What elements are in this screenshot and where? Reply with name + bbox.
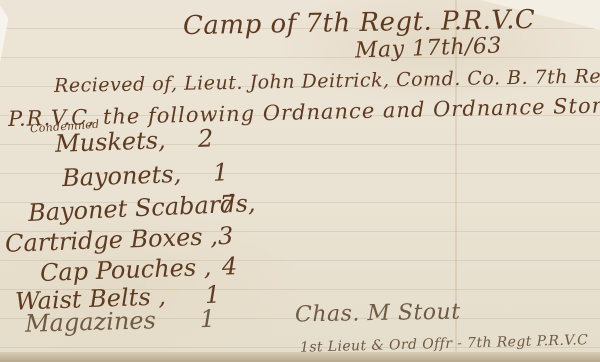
item-quantity: 1 — [200, 305, 216, 333]
item-row-muskets: Muskets, 2 — [55, 126, 167, 158]
item-quantity: 7 — [219, 190, 235, 219]
header-date-line: May 17th/63 — [355, 33, 503, 63]
document-photo: Camp of 7th Regt. P.R.V.C May 17th/63 Re… — [0, 0, 600, 362]
signature-name: Chas. M Stout — [295, 300, 461, 328]
item-row-bayonets: Bayonets, 1 — [62, 160, 182, 192]
item-quantity: 4 — [221, 252, 237, 281]
item-quantity: 1 — [212, 158, 228, 187]
item-quantity: 3 — [217, 222, 233, 251]
item-row-cap-pouches: Cap Pouches , 4 — [40, 253, 212, 287]
item-quantity: 2 — [197, 124, 213, 153]
item-row-magazines: Magazines 1 — [25, 306, 157, 337]
item-label: Bayonets, — [62, 160, 182, 192]
item-label: Cap Pouches , — [40, 253, 212, 287]
item-label: Magazines — [25, 306, 157, 337]
item-label: Muskets, — [55, 126, 167, 158]
paper-bottom-edge-shadow — [0, 352, 600, 362]
